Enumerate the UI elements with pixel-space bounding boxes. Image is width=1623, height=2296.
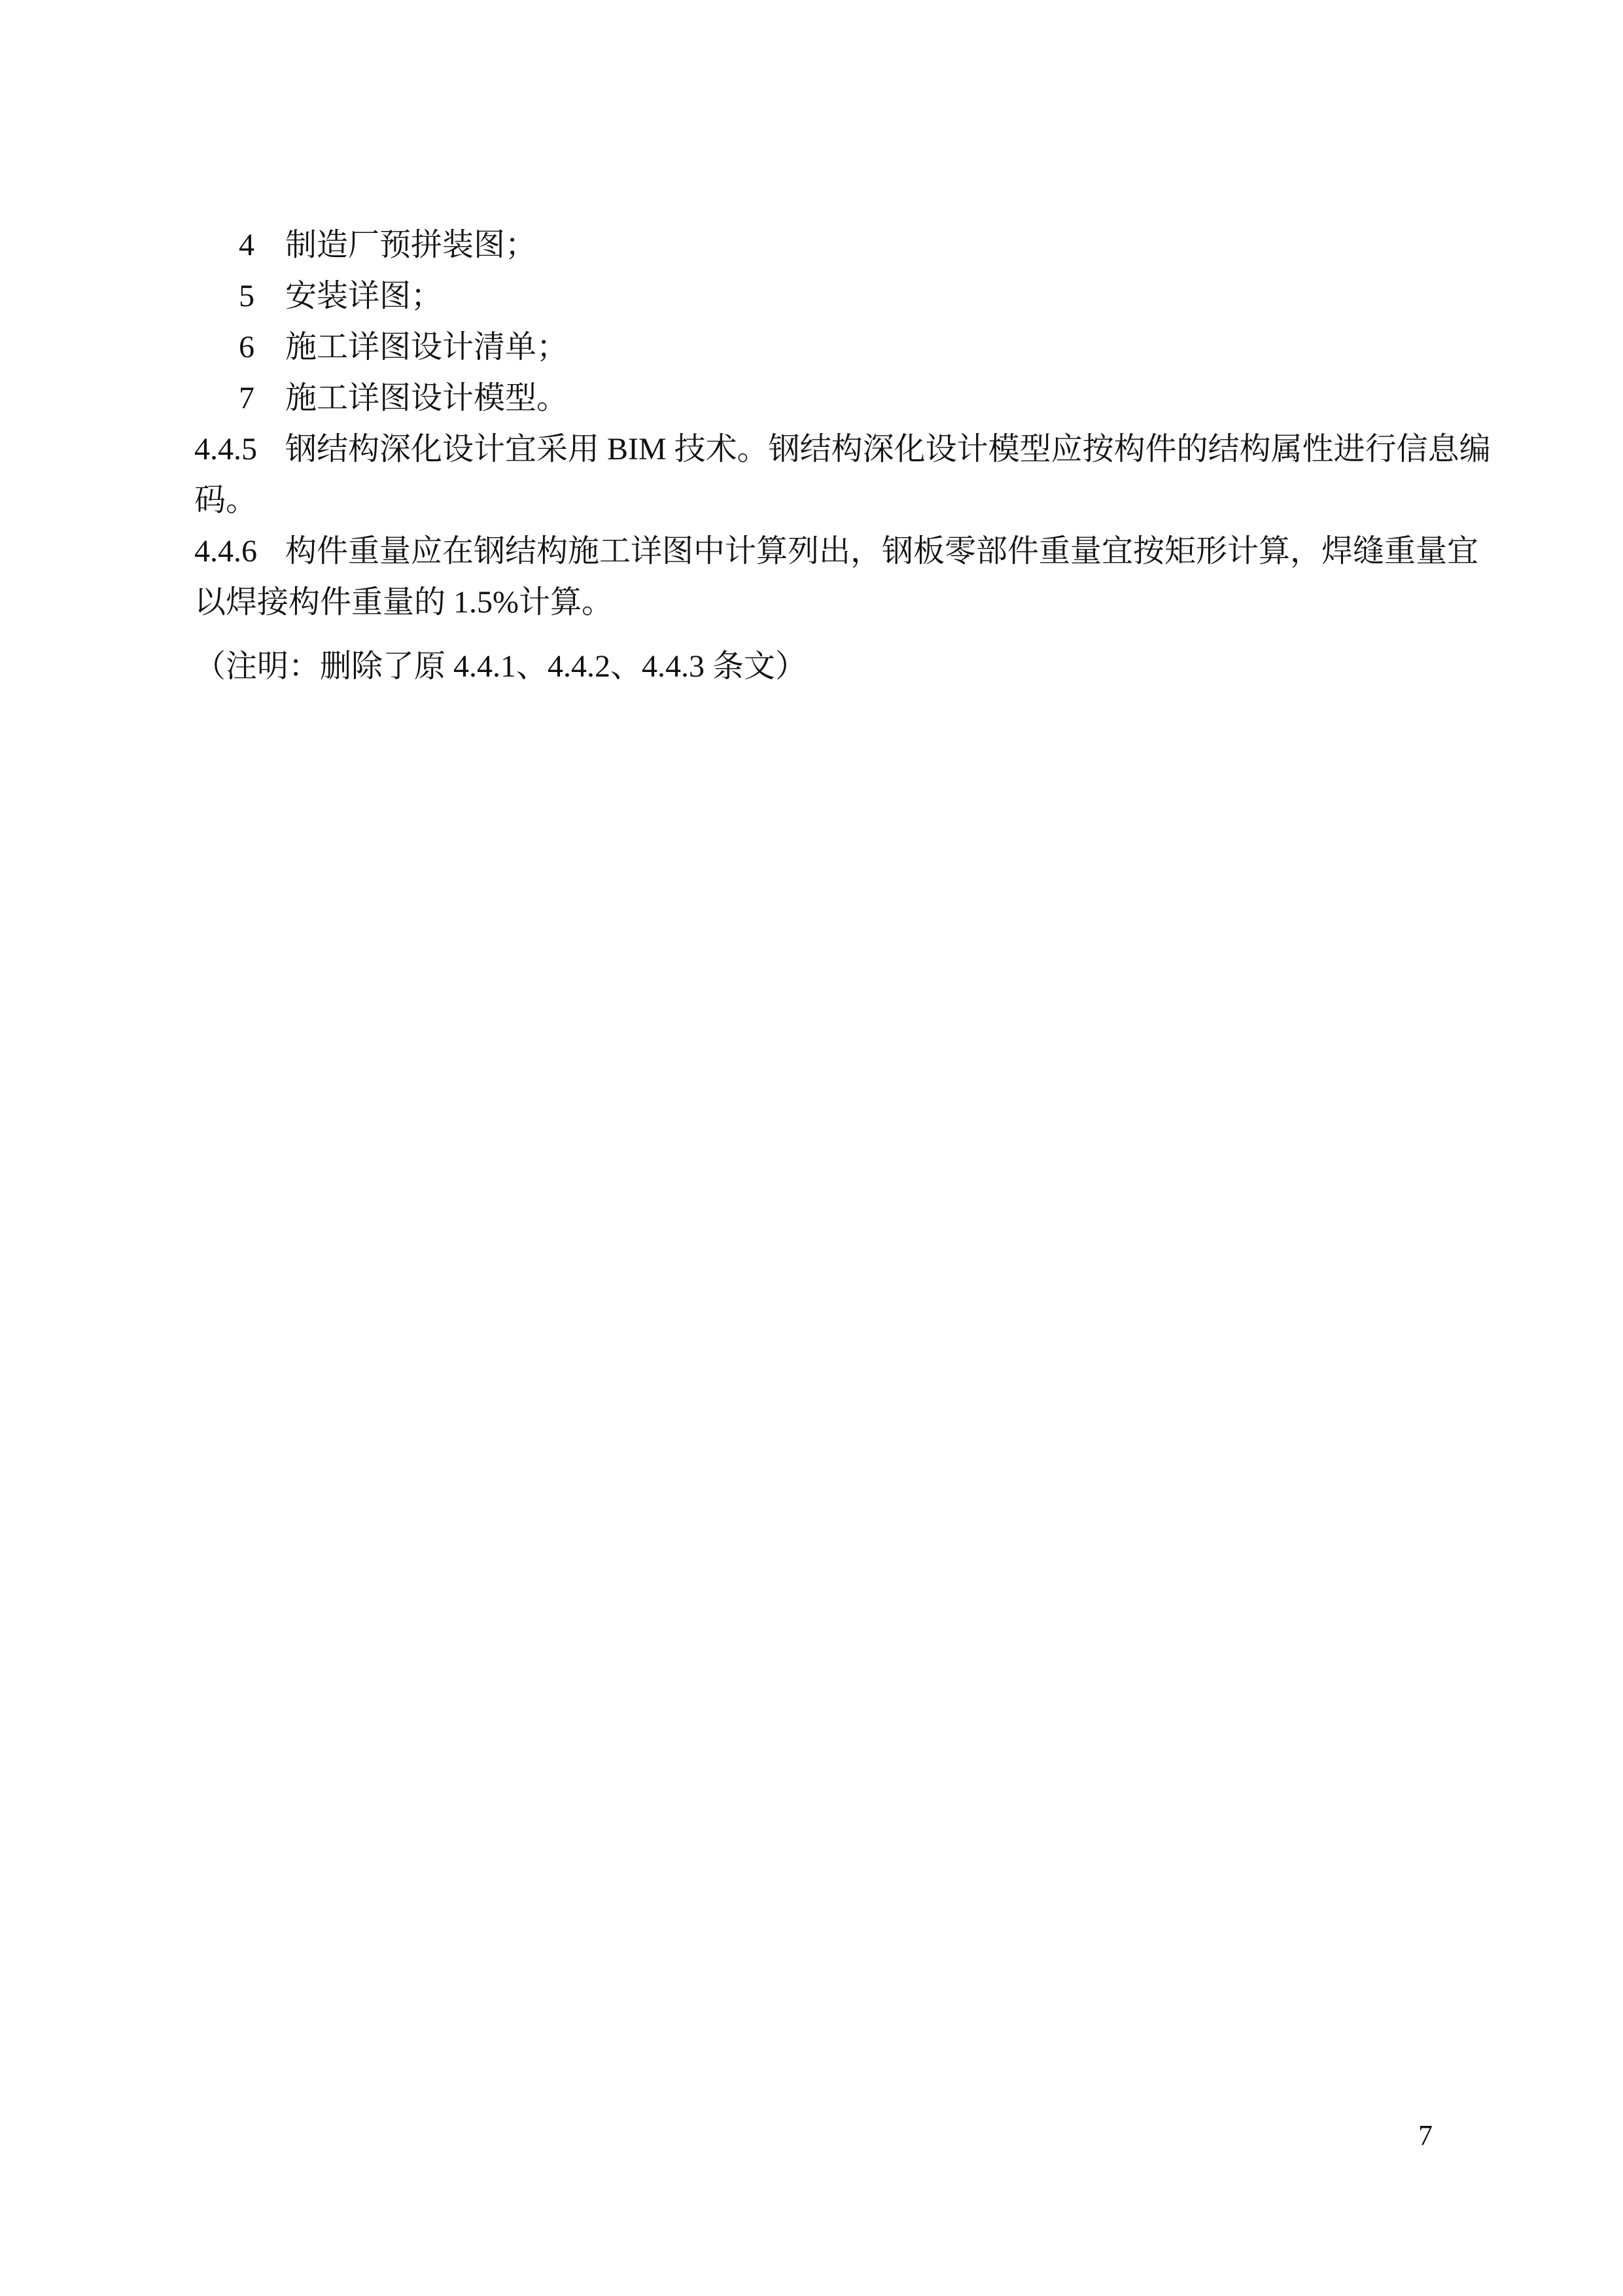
list-item-number: 5 bbox=[239, 271, 285, 322]
revision-note: （注明：删除了原 4.4.1、4.4.2、4.4.3 条文） bbox=[194, 641, 1433, 692]
list-item: 4制造厂预拼装图； bbox=[194, 220, 1433, 271]
list-item-number: 6 bbox=[239, 322, 285, 373]
clause-4-4-5-line-1: 4.4.5钢结构深化设计宜采用 BIM 技术。钢结构深化设计模型应按构件的结构属… bbox=[194, 424, 1433, 475]
clause-4-4-6-line-1: 4.4.6构件重量应在钢结构施工详图中计算列出，钢板零部件重量宜按矩形计算，焊缝… bbox=[194, 526, 1433, 577]
list-item-text: 制造厂预拼装图； bbox=[285, 228, 536, 262]
clause-4-4-5-line-2: 码。 bbox=[194, 475, 1433, 526]
list-item-number: 4 bbox=[239, 220, 285, 271]
list-item-number: 7 bbox=[239, 373, 285, 424]
document-page: 4制造厂预拼装图； 5安装详图； 6施工详图设计清单； 7施工详图设计模型。 4… bbox=[0, 0, 1623, 2296]
list-item: 6施工详图设计清单； bbox=[194, 322, 1433, 373]
page-number: 7 bbox=[1418, 2120, 1433, 2151]
clause-4-4-6-line-2: 以焊接构件重量的 1.5%计算。 bbox=[194, 577, 1433, 628]
list-item: 5安装详图； bbox=[194, 271, 1433, 322]
list-item: 7施工详图设计模型。 bbox=[194, 373, 1433, 424]
list-item-text: 施工详图设计模型。 bbox=[285, 381, 568, 415]
clause-text-block: 4制造厂预拼装图； 5安装详图； 6施工详图设计清单； 7施工详图设计模型。 4… bbox=[194, 220, 1433, 692]
list-item-text: 施工详图设计清单； bbox=[285, 330, 568, 364]
clause-text: 构件重量应在钢结构施工详图中计算列出，钢板零部件重量宜按矩形计算，焊缝重量宜 bbox=[285, 534, 1478, 569]
clause-number: 4.4.6 bbox=[194, 526, 285, 577]
clause-text: 钢结构深化设计宜采用 BIM 技术。钢结构深化设计模型应按构件的结构属性进行信息… bbox=[285, 432, 1491, 467]
clause-number: 4.4.5 bbox=[194, 424, 285, 475]
list-item-text: 安装详图； bbox=[285, 279, 442, 313]
